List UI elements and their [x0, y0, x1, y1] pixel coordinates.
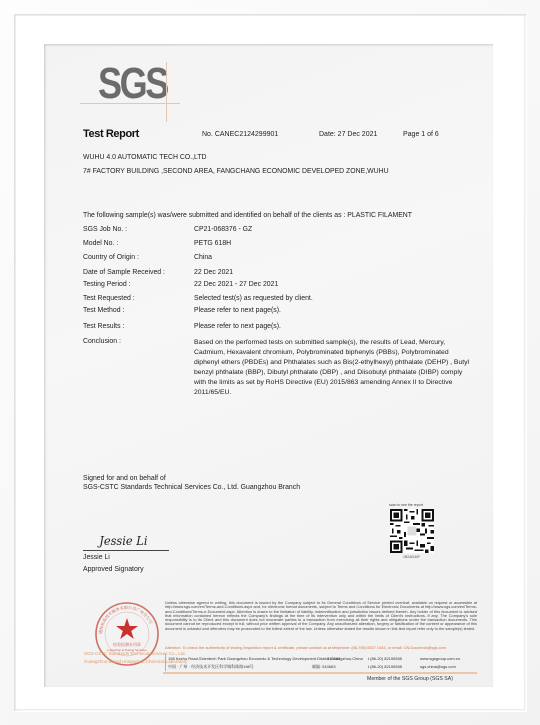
qr-code-icon[interactable]: [390, 509, 434, 553]
conclusion-text: Based on the performed tests on submitte…: [194, 338, 474, 399]
field-label: Test Requested :: [83, 295, 135, 302]
signatory-name: Jessie Li: [83, 554, 110, 561]
qr-id: 1B2AD40F: [403, 555, 420, 559]
handwritten-signature: Jessie Li: [99, 534, 147, 548]
field-value: Please refer to next page(s).: [194, 323, 281, 330]
address-chinese: 中国 · 广州 · 经济技术开发区科学城科珠路198号: [168, 664, 254, 670]
field-label: Testing Period :: [83, 281, 131, 288]
postcode-chinese: 邮编: 510663: [312, 664, 336, 670]
address-divider: [165, 654, 166, 671]
signed-behalf-line: Signed for and on behalf of: [83, 475, 166, 482]
field-label: Country of Origin :: [83, 254, 139, 261]
client-name: WUHU 4.0 AUTOMATIC TECH CO.,LTD: [83, 154, 207, 161]
page-indicator: Page 1 of 6: [403, 131, 439, 138]
member-statement: Member of the SGS Group (SGS SA): [367, 676, 453, 682]
postcode-english: 510663: [327, 656, 340, 661]
logo-vertical-rule: [166, 62, 167, 122]
svg-text:检验检测专用章: 检验检测专用章: [113, 641, 141, 647]
footer-rule: [163, 672, 477, 674]
qr-caption: scan to see the report: [389, 503, 423, 507]
field-value: CP21-068376 - GZ: [194, 226, 252, 233]
report-date: Date: 27 Dec 2021: [319, 131, 377, 138]
sample-intro: The following sample(s) was/were submitt…: [83, 212, 412, 219]
field-value: 22 Dec 2021: [194, 269, 233, 276]
field-label: Test Method :: [83, 307, 124, 314]
email: sgs.china@sgs.com: [420, 664, 456, 669]
field-value: 22 Dec 2021 - 27 Dec 2021: [194, 281, 278, 288]
report-number: No. CANEC2124299901: [202, 131, 278, 138]
conclusion-label: Conclusion :: [83, 338, 121, 345]
phone-chinese: t (86-20) 82155555: [368, 664, 402, 669]
website: www.sgsgroup.com.cn: [420, 656, 460, 661]
sgs-logo: SGS: [98, 62, 167, 106]
field-label: Test Results :: [83, 323, 124, 330]
terms-fine-print: Unless otherwise agreed in writing, this…: [165, 601, 477, 631]
signatory-title: Approved Signatory: [83, 566, 144, 573]
logo-horizontal-rule: [80, 103, 180, 104]
phone-english: t (86-20) 82155555: [368, 656, 402, 661]
field-value: China: [194, 254, 212, 261]
signature-line: [83, 550, 169, 551]
field-value: Selected test(s) as requested by client.: [194, 295, 313, 302]
field-label: Date of Sample Received :: [83, 269, 165, 276]
company-seal-stamp: 检验检测专用章 Inspection & Testing Services 通标…: [94, 601, 160, 667]
field-value: Please refer to next page(s).: [194, 307, 281, 314]
client-address: 7# FACTORY BUILDING ,SECOND AREA, FANGCH…: [83, 168, 389, 175]
authenticity-notice: Attention: To check the authenticity of …: [165, 646, 477, 650]
field-label: SGS Job No. :: [83, 226, 127, 233]
signed-company-line: SGS-CSTC Standards Technical Services Co…: [83, 484, 300, 491]
report-title: Test Report: [83, 128, 139, 140]
field-value: PETG 618H: [194, 240, 231, 247]
field-label: Model No. :: [83, 240, 118, 247]
